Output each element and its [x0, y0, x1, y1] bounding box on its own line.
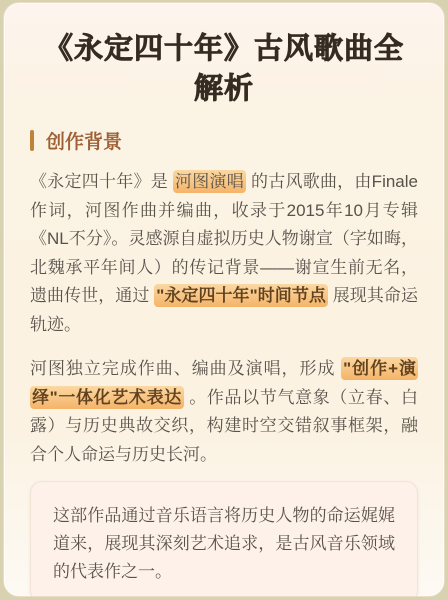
page-title: 《永定四十年》古风歌曲全 解析 [30, 29, 418, 109]
article-card: 《永定四十年》古风歌曲全 解析 创作背景 《永定四十年》是 河图演唱 的古风歌曲… [3, 2, 445, 597]
summary-text: 这部作品通过音乐语言将历史人物的命运娓娓道来，展现其深刻艺术追求，是古风音乐领域… [53, 502, 395, 586]
paragraph-background-2: 河图独立完成作曲、编曲及演唱，形成 "创作+演绎"一体化艺术表达 。作品以节气意… [30, 355, 418, 469]
text-segment: 《永定四十年》是 [30, 172, 173, 191]
highlighted-text: 河图演唱 [173, 170, 246, 193]
text-segment: 河图独立完成作曲、编曲及演唱，形成 [30, 359, 341, 378]
summary-box: 这部作品通过音乐语言将历史人物的命运娓娓道来，展现其深刻艺术追求，是古风音乐领域… [30, 481, 418, 597]
page-title-line-2: 解析 [30, 69, 418, 109]
paragraph-background-1: 《永定四十年》是 河图演唱 的古风歌曲，由Finale作词，河图作曲并编曲，收录… [30, 168, 418, 339]
highlighted-text: "永定四十年"时间节点 [154, 284, 328, 307]
section-header-creation-background: 创作背景 [30, 127, 418, 153]
section-accent-bar [30, 130, 34, 151]
page-title-line-1: 《永定四十年》古风歌曲全 [30, 29, 418, 69]
section-heading: 创作背景 [46, 127, 122, 154]
